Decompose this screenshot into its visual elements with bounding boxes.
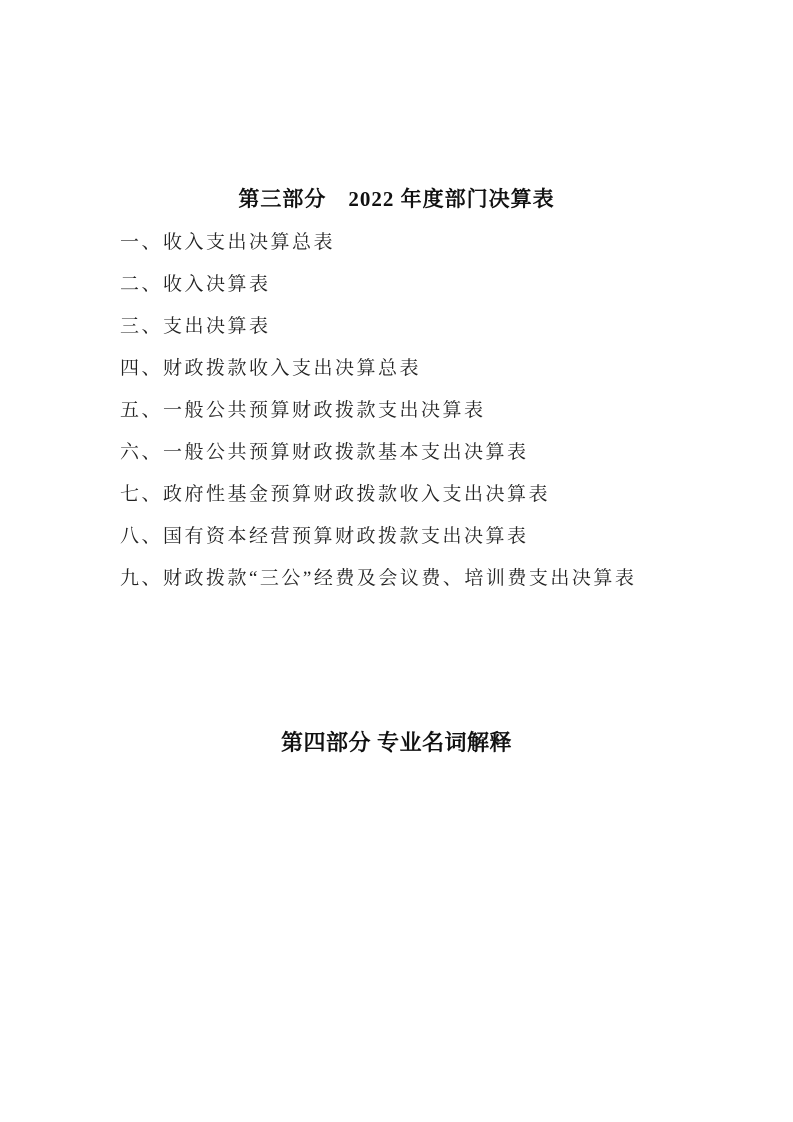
toc-item-2: 二、收入决算表	[120, 264, 793, 306]
toc-item-7: 七、政府性基金预算财政拨款收入支出决算表	[120, 474, 793, 516]
toc-item-5: 五、一般公共预算财政拨款支出决算表	[120, 390, 793, 432]
toc-item-6: 六、一般公共预算财政拨款基本支出决算表	[120, 432, 793, 474]
toc-item-1: 一、收入支出决算总表	[120, 222, 793, 264]
part4-heading: 第四部分 专业名词解释	[0, 730, 793, 756]
table-of-contents: 一、收入支出决算总表 二、收入决算表 三、支出决算表 四、财政拨款收入支出决算总…	[120, 222, 793, 600]
toc-item-3: 三、支出决算表	[120, 306, 793, 348]
part3-heading: 第三部分 2022 年度部门决算表	[0, 0, 793, 212]
toc-item-8: 八、国有资本经营预算财政拨款支出决算表	[120, 516, 793, 558]
toc-item-4: 四、财政拨款收入支出决算总表	[120, 348, 793, 390]
document-page: 第三部分 2022 年度部门决算表 一、收入支出决算总表 二、收入决算表 三、支…	[0, 0, 793, 1122]
toc-item-9: 九、财政拨款“三公”经费及会议费、培训费支出决算表	[120, 558, 793, 600]
